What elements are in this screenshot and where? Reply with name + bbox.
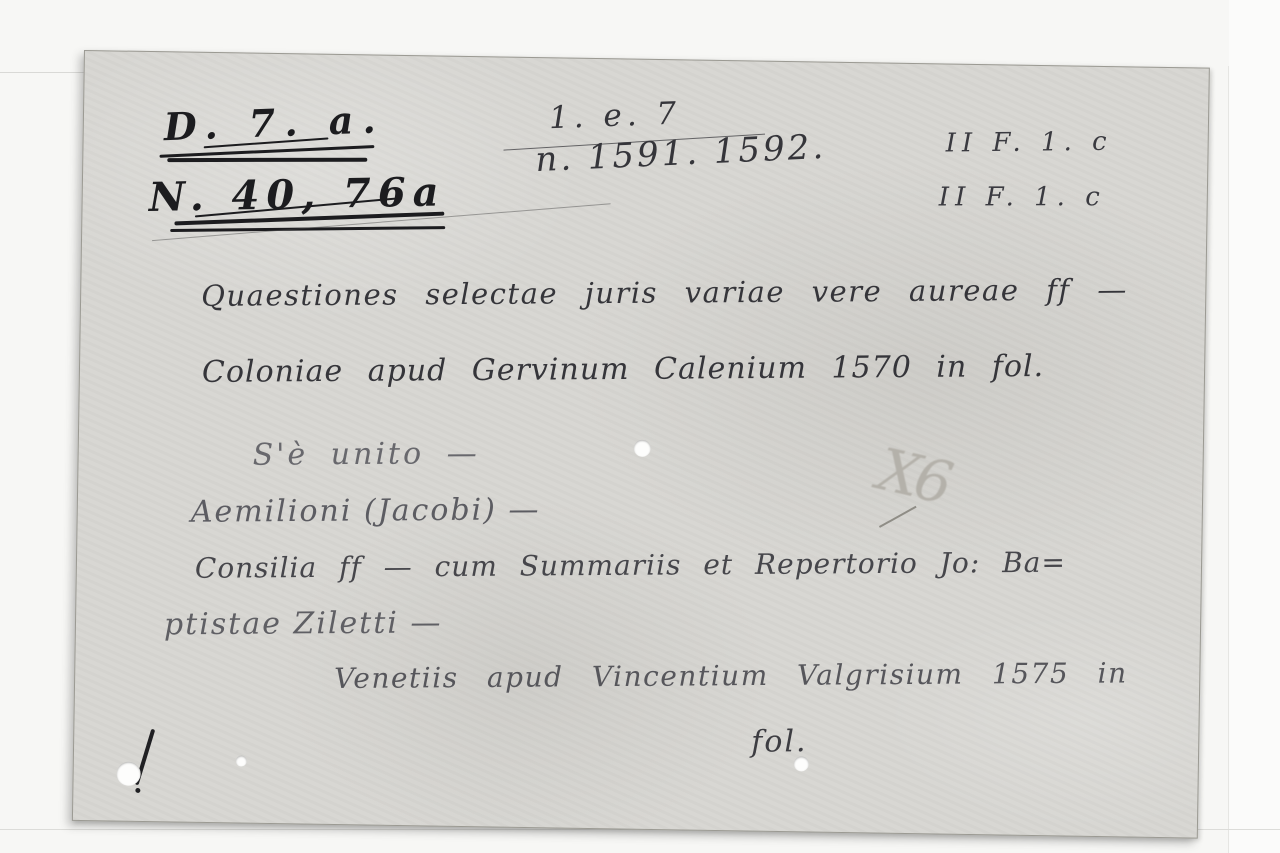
- entry-imprint-line-1: Coloniae apud Gervinum Calenium 1570 in …: [202, 349, 1044, 390]
- pencil-annotation: X6: [872, 435, 956, 517]
- strike-line: [167, 158, 367, 162]
- backing-seam-right: [1228, 66, 1229, 853]
- scan-page: { "colors": { "backing": "#f7f7f5", "car…: [0, 0, 1280, 853]
- callnumber-center-line1: 1. e. 7: [548, 95, 681, 136]
- entry-consilia-line-continued: ptistae Ziletti —: [164, 605, 443, 642]
- entry-consilia-line: Consilia ff — cum Summariis et Repertori…: [195, 546, 1066, 585]
- punch-hole: [236, 755, 247, 766]
- entry-format-note: fol.: [751, 724, 808, 759]
- entry-imprint-line-2: Venetiis apud Vincentium Valgrisium 1575…: [334, 656, 1128, 695]
- entry-title-line: Quaestiones selectae juris variae vere a…: [201, 272, 1128, 312]
- punch-hole: [794, 756, 809, 771]
- entry-author-line: Aemilioni (Jacobi) —: [191, 492, 541, 529]
- ink-dot-mark: [135, 788, 140, 793]
- entry-bound-with-note: S'è unito —: [253, 436, 480, 473]
- backing-sheet-right: [1229, 0, 1280, 853]
- punch-hole: [634, 440, 651, 457]
- catalog-card: D. 7. a. N. 40, 76a 1. e. 7 n. 1591. 159…: [72, 50, 1210, 839]
- shelfmark-right-line1: II F. 1. c: [945, 127, 1112, 159]
- pencil-stray-line: [879, 506, 917, 528]
- backing-seam-top-left: [0, 72, 92, 73]
- shelfmark-right-line2: II F. 1. c: [939, 182, 1106, 212]
